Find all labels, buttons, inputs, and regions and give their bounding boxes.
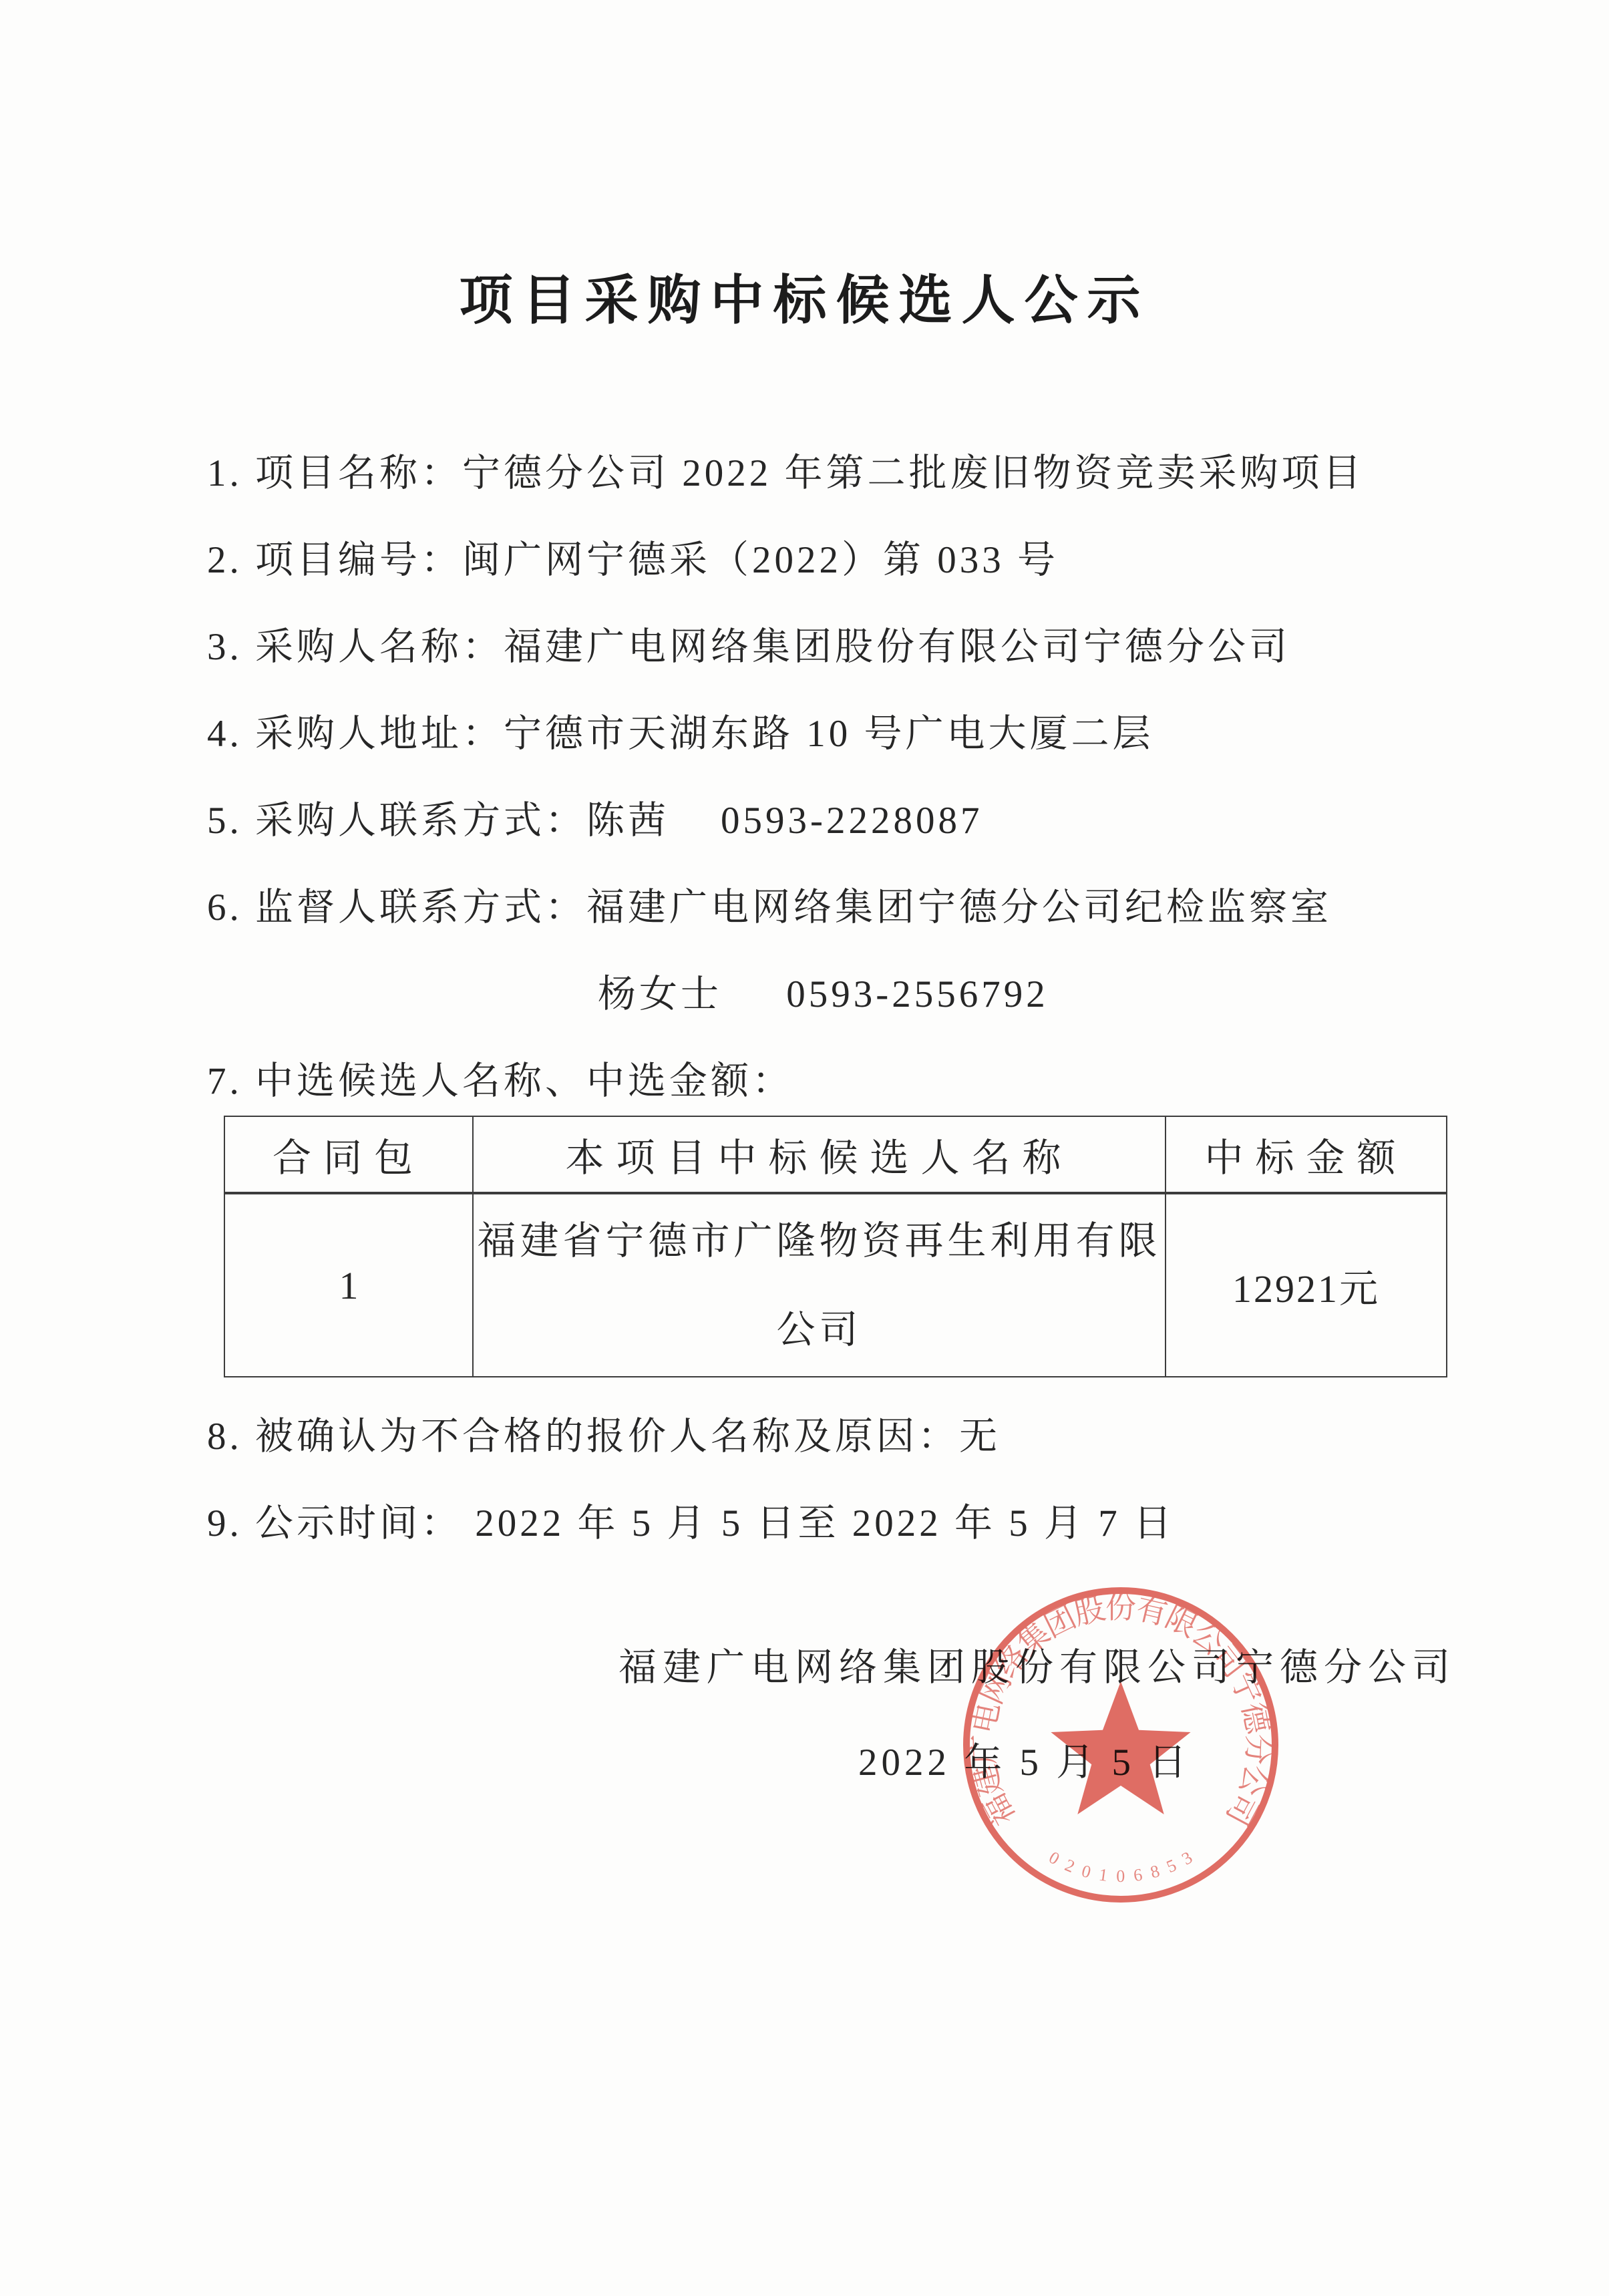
document-body: 1. 项目名称：宁德分公司 2022 年第二批废旧物资竞卖采购项目 2. 项目编… [0, 454, 1609, 1542]
header-award-amount: 中标金额 [1166, 1116, 1447, 1193]
signature-date: 2022 年 5 月 5 日 [858, 1732, 1190, 1786]
item-purchaser-contact: 5. 采购人联系方式：陈茜 0593-2228087 [207, 802, 1459, 840]
seal-ring-text: 福建广电网络集团股份有限公司宁德分公司 [966, 1591, 1275, 1831]
signature-company: 福建广电网络集团股份有限公司宁德分公司 [618, 1637, 1456, 1691]
seal-ring-text-container: 福建广电网络集团股份有限公司宁德分公司 [966, 1591, 1275, 1831]
cell-candidate-name: 福建省宁德市广隆物资再生利用有限公司 [473, 1193, 1166, 1377]
document-page: 项目采购中标候选人公示 1. 项目名称：宁德分公司 2022 年第二批废旧物资竞… [0, 0, 1609, 2296]
award-table: 合同包 本项目中标候选人名称 中标金额 1 福建省宁德市广隆物资再生利用有限公司… [224, 1116, 1447, 1377]
award-table-header: 合同包 本项目中标候选人名称 中标金额 [224, 1116, 1447, 1193]
item-supervisor-contact: 6. 监督人联系方式：福建广电网络集团宁德分公司纪检监察室 [207, 888, 1459, 927]
item-disqualified-bidders: 8. 被确认为不合格的报价人名称及原因：无 [207, 1418, 1459, 1456]
seal-serial-number: 020106853 [1046, 1848, 1196, 1886]
cell-award-amount: 12921元 [1166, 1193, 1447, 1377]
item-project-name: 1. 项目名称：宁德分公司 2022 年第二批废旧物资竞卖采购项目 [207, 454, 1459, 492]
item-publicity-period: 9. 公示时间： 2022 年 5 月 5 日至 2022 年 5 月 7 日 [207, 1504, 1459, 1542]
header-contract-package: 合同包 [224, 1116, 473, 1193]
item-purchaser-name: 3. 采购人名称：福建广电网络集团股份有限公司宁德分公司 [207, 628, 1459, 666]
item-supervisor-contact-continued: 杨女士 0593-2556792 [207, 975, 1459, 1013]
table-row: 1 福建省宁德市广隆物资再生利用有限公司 12921元 [224, 1193, 1447, 1377]
item-purchaser-address: 4. 采购人地址：宁德市天湖东路 10 号广电大厦二层 [207, 715, 1459, 753]
seal-serial-container: 020106853 [1046, 1848, 1196, 1886]
award-table-body: 1 福建省宁德市广隆物资再生利用有限公司 12921元 [224, 1193, 1447, 1377]
page-title: 项目采购中标候选人公示 [0, 0, 1609, 329]
item-winner-heading: 7. 中选候选人名称、中选金额： [207, 1062, 1459, 1100]
table-header-row: 合同包 本项目中标候选人名称 中标金额 [224, 1116, 1447, 1193]
item-project-number: 2. 项目编号：闽广网宁德采（2022）第 033 号 [207, 541, 1459, 579]
header-candidate-name: 本项目中标候选人名称 [473, 1116, 1166, 1193]
cell-contract-package: 1 [224, 1193, 473, 1377]
